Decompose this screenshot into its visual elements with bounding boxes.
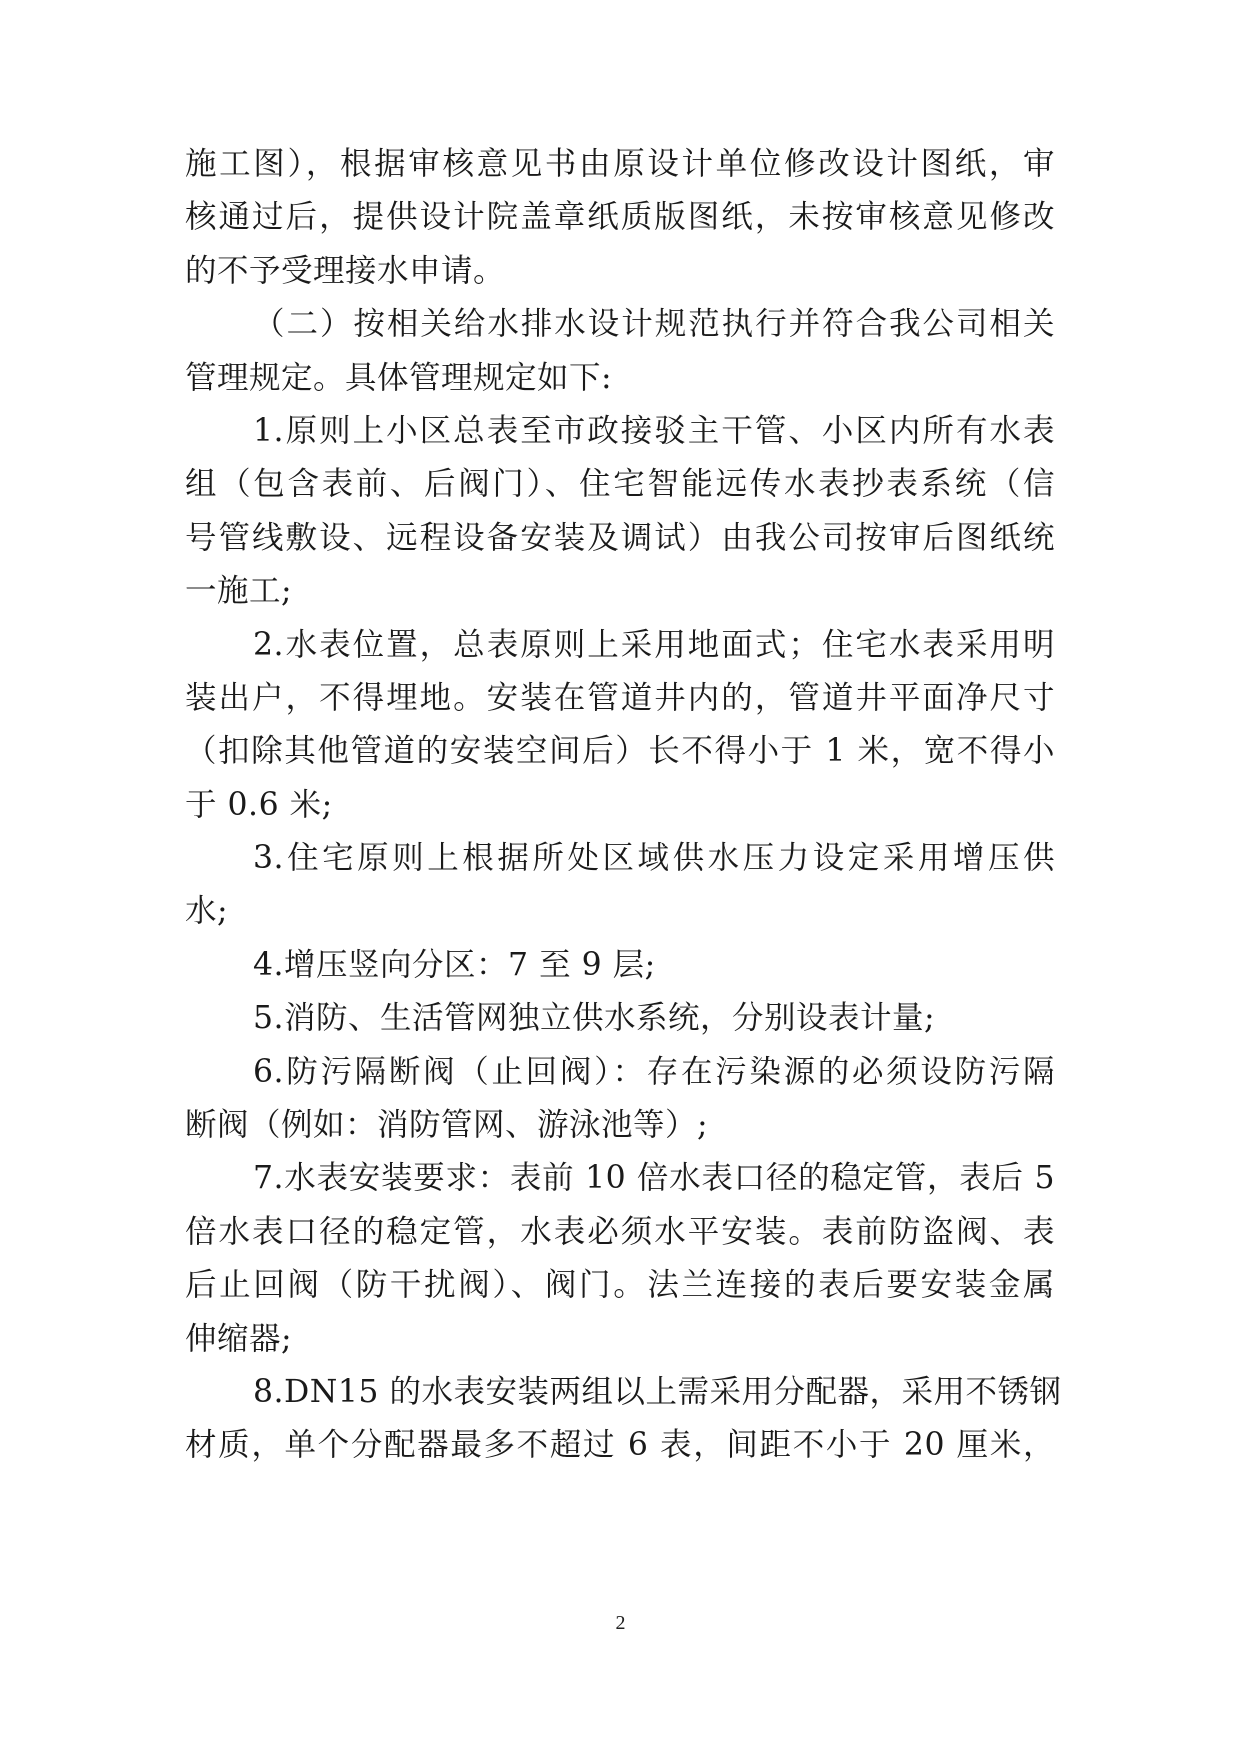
text-line: 8.DN15 的水表安装两组以上需采用分配器，采用不锈钢 (185, 1366, 1055, 1419)
text-line: 材质，单个分配器最多不超过 6 表，间距不小于 20 厘米， (185, 1419, 1055, 1472)
text-line: 3.住宅原则上根据所处区域供水压力设定采用增压供 (185, 832, 1055, 885)
text-line: 组（包含表前、后阀门）、住宅智能远传水表抄表系统（信 (185, 458, 1055, 511)
text-line: 一施工; (185, 565, 1055, 618)
document-body: 施工图），根据审核意见书由原设计单位修改设计图纸，审核通过后，提供设计院盖章纸质… (185, 138, 1055, 1473)
page-number: 2 (0, 1612, 1241, 1635)
text-line: 后止回阀（防干扰阀）、阀门。法兰连接的表后要安装金属 (185, 1259, 1055, 1312)
text-line: 1.原则上小区总表至市政接驳主干管、小区内所有水表 (185, 405, 1055, 458)
text-line: 5.消防、生活管网独立供水系统，分别设表计量; (185, 992, 1055, 1045)
text-line: 装出户，不得埋地。安装在管道井内的，管道井平面净尺寸 (185, 672, 1055, 725)
text-line: 断阀（例如：消防管网、游泳池等）; (185, 1099, 1055, 1152)
text-line: 2.水表位置，总表原则上采用地面式；住宅水表采用明 (185, 619, 1055, 672)
text-line: 施工图），根据审核意见书由原设计单位修改设计图纸，审 (185, 138, 1055, 191)
text-line: （二）按相关给水排水设计规范执行并符合我公司相关 (185, 298, 1055, 351)
text-line: （扣除其他管道的安装空间后）长不得小于 1 米，宽不得小 (185, 725, 1055, 778)
text-line: 伸缩器; (185, 1313, 1055, 1366)
text-line: 号管线敷设、远程设备安装及调试）由我公司按审后图纸统 (185, 512, 1055, 565)
text-line: 6.防污隔断阀（止回阀）：存在污染源的必须设防污隔 (185, 1046, 1055, 1099)
text-line: 4.增压竖向分区：7 至 9 层; (185, 939, 1055, 992)
text-line: 的不予受理接水申请。 (185, 245, 1055, 298)
text-line: 于 0.6 米; (185, 779, 1055, 832)
text-line: 管理规定。具体管理规定如下: (185, 352, 1055, 405)
text-line: 水; (185, 885, 1055, 938)
text-line: 核通过后，提供设计院盖章纸质版图纸，未按审核意见修改 (185, 191, 1055, 244)
text-line: 7.水表安装要求：表前 10 倍水表口径的稳定管，表后 5 (185, 1152, 1055, 1205)
text-line: 倍水表口径的稳定管，水表必须水平安装。表前防盗阀、表 (185, 1206, 1055, 1259)
